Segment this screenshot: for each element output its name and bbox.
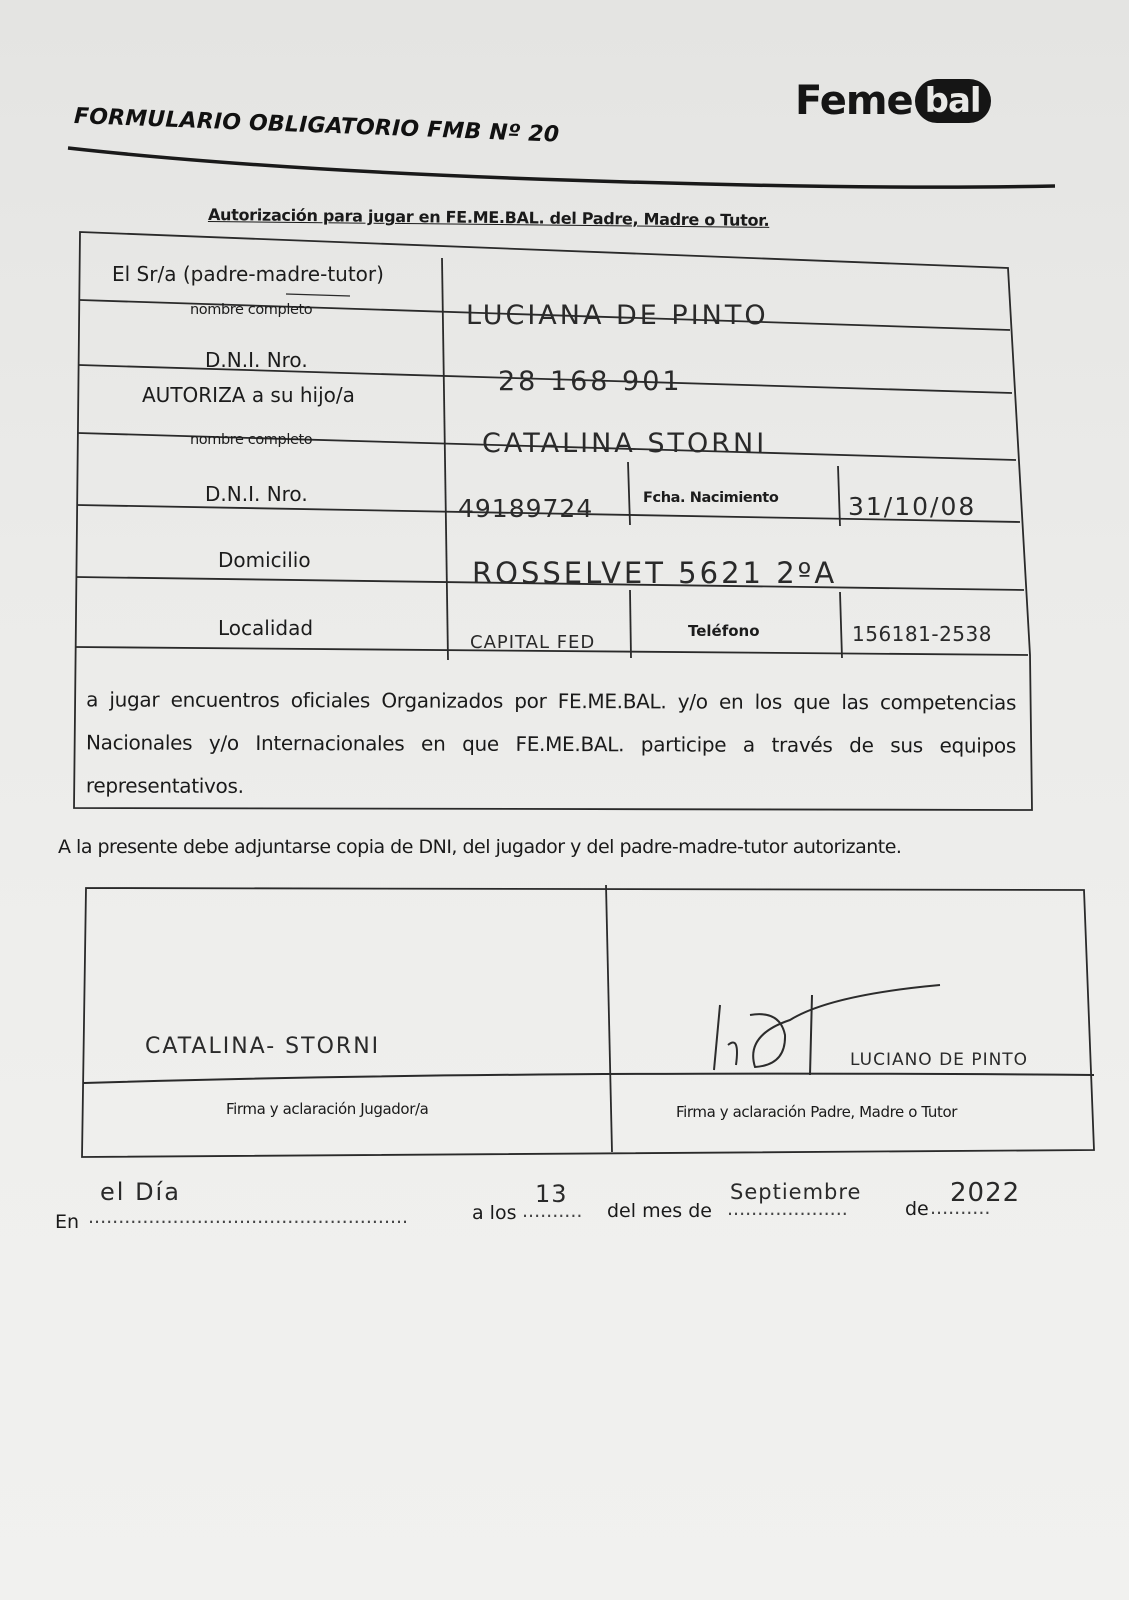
place-field[interactable]: el Día [100, 1178, 181, 1206]
child-dni-label: D.N.I. Nro. [205, 482, 308, 506]
place-dots: ........................................… [88, 1206, 408, 1228]
date-prefix: En [55, 1211, 79, 1233]
parent-name-field[interactable]: LUCIANA DE PINTO [466, 300, 769, 331]
year-label: de [905, 1198, 929, 1220]
day-field[interactable]: 13 [535, 1180, 568, 1208]
year-field[interactable]: 2022 [950, 1178, 1020, 1208]
birthdate-field[interactable]: 31/10/08 [848, 492, 976, 521]
parent-name-label: nombre completo [190, 302, 312, 318]
child-dni-field[interactable]: 49189724 [458, 494, 593, 523]
locality-field[interactable]: CAPITAL FED [470, 632, 595, 653]
parent-dni-label: D.N.I. Nro. [205, 348, 308, 372]
authorization-text: a jugar encuentros oficiales Organizados… [86, 678, 1016, 810]
address-field[interactable]: ROSSELVET 5621 2ºA [472, 556, 837, 590]
parent-signature-name[interactable]: LUCIANO DE PINTO [850, 1050, 1028, 1070]
player-signature-label: Firma y aclaración Jugador/a [226, 1100, 428, 1118]
child-name-field[interactable]: CATALINA STORNI [482, 428, 767, 459]
birthdate-label: Fcha. Nacimiento [643, 490, 778, 506]
locality-label: Localidad [218, 616, 313, 640]
parent-dni-field[interactable]: 28 168 901 [498, 366, 683, 397]
parent-signature-label: Firma y aclaración Padre, Madre o Tutor [676, 1103, 957, 1121]
authorization-form-page: FORMULARIO OBLIGATORIO FMB Nº 20 Femebal… [0, 0, 1129, 1600]
phone-label: Teléfono [688, 622, 760, 640]
address-label: Domicilio [218, 548, 311, 572]
month-field[interactable]: Septiembre [730, 1180, 861, 1204]
attachment-note: A la presente debe adjuntarse copia de D… [58, 836, 901, 858]
month-label: del mes de [607, 1200, 712, 1222]
child-name-label: nombre completo [190, 432, 312, 448]
phone-field[interactable]: 156181-2538 [852, 622, 992, 646]
player-signature[interactable]: CATALINA- STORNI [145, 1034, 380, 1059]
parent-label: El Sr/a (padre-madre-tutor) [112, 262, 384, 286]
authorizes-label: AUTORIZA a su hijo/a [142, 383, 355, 407]
days-label: a los [472, 1202, 517, 1224]
